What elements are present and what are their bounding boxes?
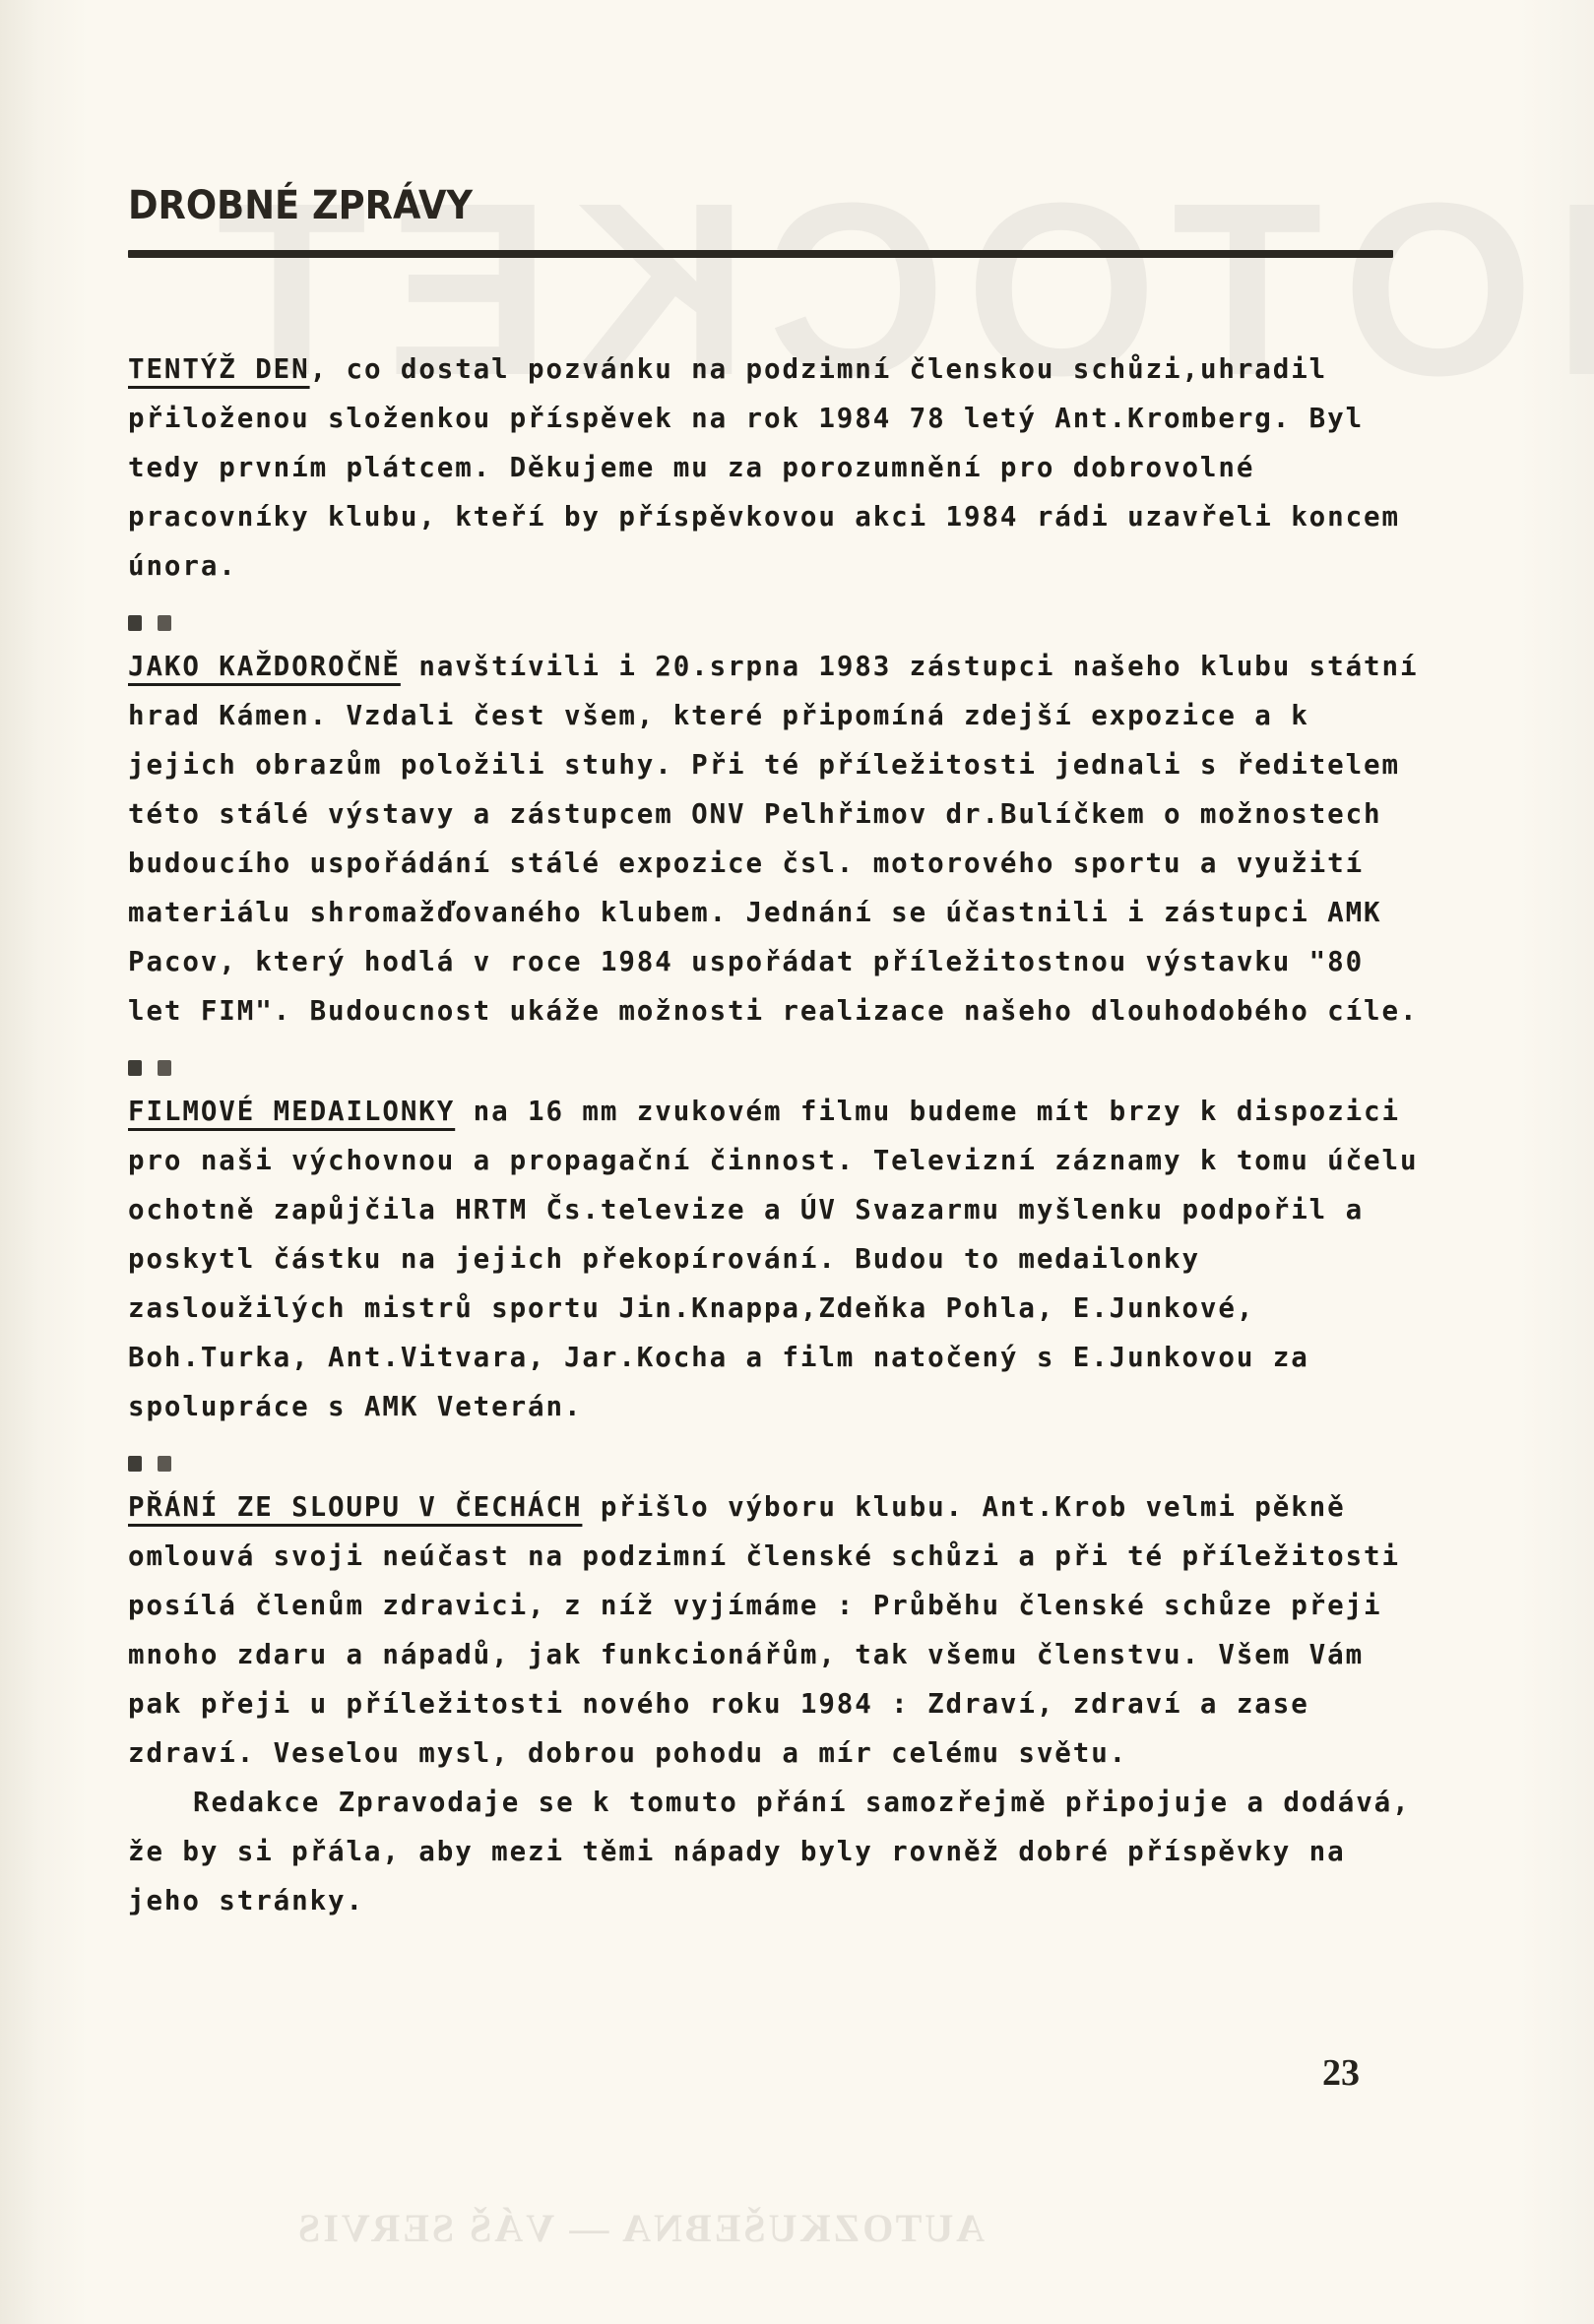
- news-item-3: FILMOVÉ MEDAILONKY na 16 mm zvukovém fil…: [128, 1087, 1428, 1431]
- news-item-1: TENTÝŽ DEN, co dostal pozvánku na podzim…: [128, 345, 1428, 591]
- news-item-4: PŘÁNÍ ZE SLOUPU V ČECHÁCH přišlo výboru …: [128, 1482, 1428, 1778]
- news-item-2-lead: JAKO KAŽDOROČNĚ: [128, 651, 401, 682]
- square-mark-icon: [158, 1456, 171, 1472]
- news-item-2: JAKO KAŽDOROČNĚ navštívili i 20.srpna 19…: [128, 642, 1428, 1036]
- section-title: DROBNÉ ZPRÁVY: [128, 183, 473, 228]
- square-mark-icon: [128, 1060, 142, 1076]
- article-body: TENTÝŽ DEN, co dostal pozvánku na podzim…: [128, 345, 1428, 1925]
- title-rule-divider: [128, 250, 1393, 258]
- closing-paragraph: Redakce Zpravodaje se k tomuto přání sam…: [128, 1778, 1428, 1925]
- square-mark-icon: [158, 615, 171, 631]
- separator-double-square-icon: [128, 1439, 1428, 1488]
- page-number: 23: [1322, 2051, 1360, 2095]
- news-item-4-text: přišlo výboru klubu. Ant.Krob velmi pěkn…: [128, 1491, 1418, 1769]
- news-item-1-text: , co dostal pozvánku na podzimní člensko…: [128, 353, 1418, 582]
- separator-double-square-icon: [128, 598, 1428, 648]
- news-item-3-text: na 16 mm zvukovém filmu budeme mít brzy …: [128, 1096, 1436, 1422]
- news-item-3-lead: FILMOVÉ MEDAILONKY: [128, 1096, 455, 1127]
- separator-double-square-icon: [128, 1043, 1428, 1093]
- news-item-1-lead: TENTÝŽ DEN: [128, 353, 310, 385]
- square-mark-icon: [128, 1456, 142, 1472]
- news-item-4-lead: PŘÁNÍ ZE SLOUPU V ČECHÁCH: [128, 1491, 582, 1523]
- square-mark-icon: [128, 615, 142, 631]
- news-item-2-text: navštívili i 20.srpna 1983 zástupci naše…: [128, 651, 1436, 1027]
- scanned-page: MOTOCKET AUTOZKUŠEBNA — VÁŠ SERVIS DROBN…: [0, 0, 1594, 2324]
- bleed-through-footer: AUTOZKUŠEBNA — VÁŠ SERVIS: [295, 2205, 985, 2251]
- square-mark-icon: [158, 1060, 171, 1076]
